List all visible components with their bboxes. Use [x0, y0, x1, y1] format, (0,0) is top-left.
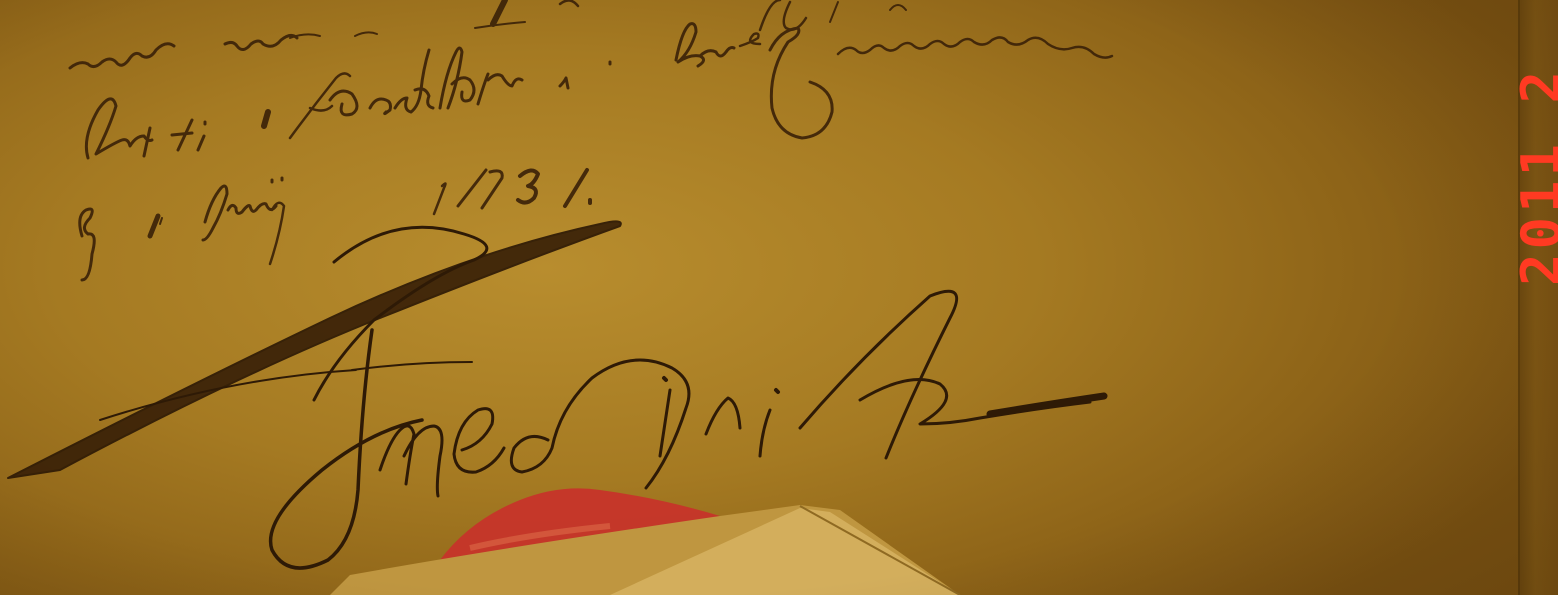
seal-and-flap: [0, 0, 1558, 595]
document-photo: 2011 2: [0, 0, 1558, 595]
date-stamp-text: 2011 2: [1514, 67, 1558, 286]
camera-date-stamp: 2011 2: [1458, 28, 1518, 288]
